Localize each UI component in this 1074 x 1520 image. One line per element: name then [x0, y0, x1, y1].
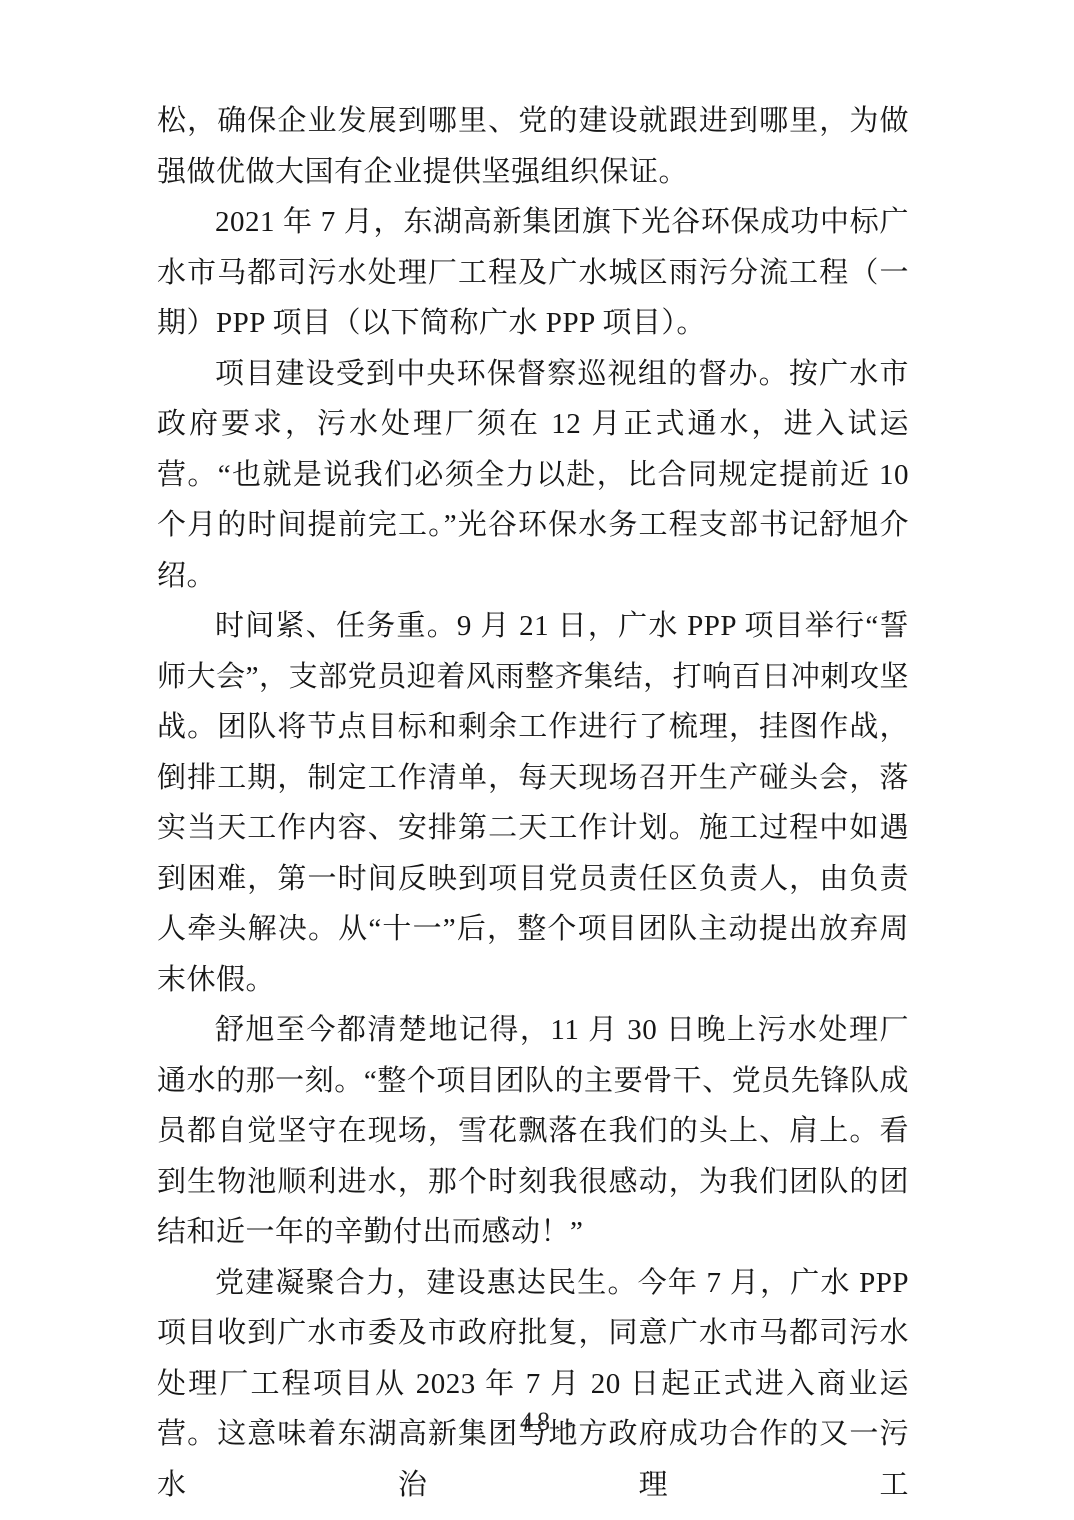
- paragraph: 2021 年 7 月，东湖高新集团旗下光谷环保成功中标广水市马都司污水处理厂工程…: [157, 197, 909, 349]
- page-number: - 48 -: [0, 1402, 1074, 1442]
- paragraph: 时间紧、任务重。9 月 21 日，广水 PPP 项目举行“誓师大会”，支部党员迎…: [157, 601, 909, 1005]
- paragraph: 项目建设受到中央环保督察巡视组的督办。按广水市政府要求，污水处理厂须在 12 月…: [157, 349, 909, 602]
- paragraph-continuation: 松，确保企业发展到哪里、党的建设就跟进到哪里，为做强做优做大国有企业提供坚强组织…: [157, 96, 909, 197]
- document-body: 松，确保企业发展到哪里、党的建设就跟进到哪里，为做强做优做大国有企业提供坚强组织…: [157, 96, 909, 1510]
- paragraph-runs-to-next-page: 党建凝聚合力，建设惠达民生。今年 7 月，广水 PPP 项目收到广水市委及市政府…: [157, 1258, 909, 1511]
- document-page: 松，确保企业发展到哪里、党的建设就跟进到哪里，为做强做优做大国有企业提供坚强组织…: [0, 0, 1074, 1520]
- paragraph: 舒旭至今都清楚地记得，11 月 30 日晚上污水处理厂通水的那一刻。“整个项目团…: [157, 1005, 909, 1258]
